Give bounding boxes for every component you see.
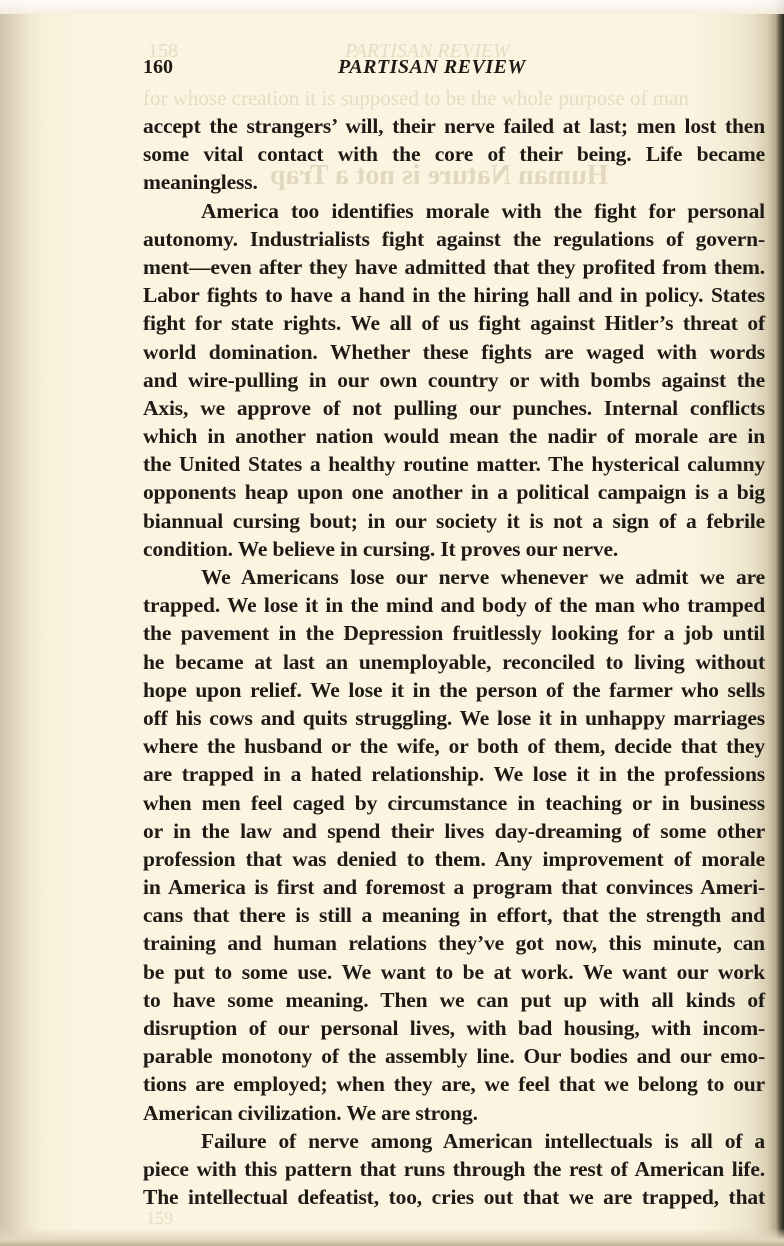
text-line: autonomy. Industrialists fight against t… — [143, 225, 765, 253]
text-line: some vital contact with the core of thei… — [143, 140, 765, 168]
text-line: world domination. Whether these fights a… — [143, 338, 765, 366]
text-line: hope upon relief. We lose it in the pers… — [143, 676, 765, 704]
text-line: We Americans lose our nerve whenever we … — [143, 563, 765, 591]
text-line: opponents heap upon one another in a pol… — [143, 478, 765, 506]
page-bottom-edge — [0, 1228, 784, 1246]
text-line: to have some meaning. Then we can put up… — [143, 986, 765, 1014]
text-line: piece with this pattern that runs throug… — [143, 1155, 765, 1183]
text-line: meaningless. — [143, 168, 765, 196]
text-line: he became at last an unemployable, recon… — [143, 648, 765, 676]
page-number: 160 — [143, 56, 173, 79]
text-line: fight for state rights. We all of us fig… — [143, 309, 765, 337]
text-line: off his cows and quits struggling. We lo… — [143, 704, 765, 732]
text-line: America too identifies morale with the f… — [143, 197, 765, 225]
text-line: American civilization. We are strong. — [143, 1099, 765, 1127]
paragraph: America too identifies morale with the f… — [143, 197, 765, 563]
text-line: the pavement in the Depression fruitless… — [143, 619, 765, 647]
text-line: which in another nation would mean the n… — [143, 422, 765, 450]
text-line: and wire-pulling in our own country or w… — [143, 366, 765, 394]
paragraph: Failure of nerve among American intellec… — [143, 1127, 765, 1212]
text-line: parable monotony of the assembly line. O… — [143, 1042, 765, 1070]
text-line: are trapped in a hated relationship. We … — [143, 760, 765, 788]
paragraph: accept the strangers’ will, their nerve … — [143, 112, 765, 197]
text-line: trapped. We lose it in the mind and body… — [143, 591, 765, 619]
body-text: accept the strangers’ will, their nerve … — [143, 112, 765, 1211]
text-line: tions are employed; when they are, we fe… — [143, 1070, 765, 1098]
text-line: when men feel caged by circumstance in t… — [143, 789, 765, 817]
text-line: training and human relations they’ve got… — [143, 929, 765, 957]
text-line: in America is first and foremost a progr… — [143, 873, 765, 901]
page-top-edge — [0, 0, 784, 14]
text-line: disruption of our personal lives, with b… — [143, 1014, 765, 1042]
text-line: where the husband or the wife, or both o… — [143, 732, 765, 760]
text-line: or in the law and spend their lives day-… — [143, 817, 765, 845]
text-line: The intellectual defeatist, too, cries o… — [143, 1183, 765, 1211]
text-line: Labor fights to have a hand in the hirin… — [143, 281, 765, 309]
text-line: accept the strangers’ will, their nerve … — [143, 112, 765, 140]
text-line: Failure of nerve among American intellec… — [143, 1127, 765, 1155]
text-line: ment—even after they have admitted that … — [143, 253, 765, 281]
text-line: biannual cursing bout; in our society it… — [143, 507, 765, 535]
page-header: 160 PARTISAN REVIEW — [143, 56, 763, 86]
text-line: profession that was denied to them. Any … — [143, 845, 765, 873]
text-line: condition. We believe in cursing. It pro… — [143, 535, 765, 563]
text-line: the United States a healthy routine matt… — [143, 450, 765, 478]
text-line: Axis, we approve of not pulling our punc… — [143, 394, 765, 422]
running-head: PARTISAN REVIEW — [338, 56, 526, 79]
paragraph: We Americans lose our nerve whenever we … — [143, 563, 765, 1127]
text-line: be put to some use. We want to be at wor… — [143, 958, 765, 986]
text-line: cans that there is still a meaning in ef… — [143, 901, 765, 929]
